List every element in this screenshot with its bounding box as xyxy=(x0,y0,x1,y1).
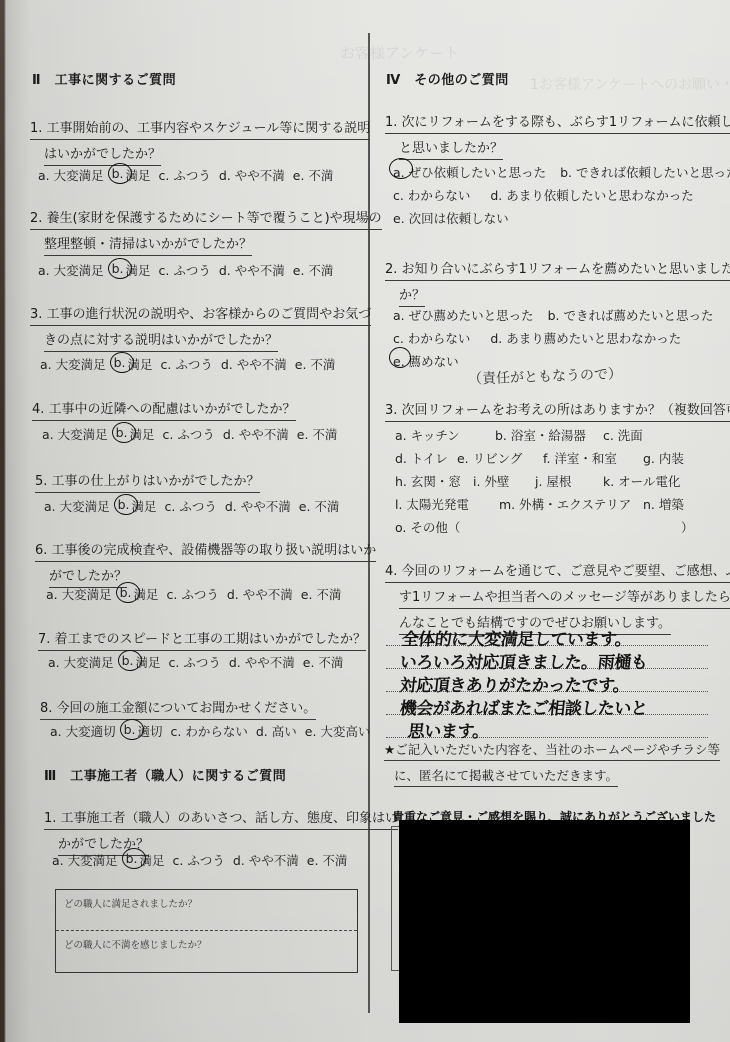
option-c[interactable]: c. ふつう xyxy=(167,585,219,603)
option-b-label: 満足 xyxy=(136,653,161,671)
option-d[interactable]: d. やや不満 xyxy=(221,355,287,373)
options-2-8: a. 大変適切 b. 適切 c. わからない d. 高い e. 大変高い xyxy=(50,722,370,740)
option-all-electric[interactable]: k. オール電化 xyxy=(603,470,680,493)
option-a[interactable]: a. 大変満足 xyxy=(48,653,114,671)
options-2-6: a. 大変満足 b. 満足 c. ふつう d. やや不満 e. 不満 xyxy=(46,585,341,603)
option-d[interactable]: d. やや不満 xyxy=(219,166,285,184)
option-b[interactable]: b. できれば薦めたいと思った xyxy=(548,304,714,327)
question-2-1: 1. 工事開始前の、工事内容やスケジュール等に関する説明 はいかがでしたか？ xyxy=(30,116,370,168)
options-2-5: a. 大変満足 b. 満足 c. ふつう d. やや不満 e. 不満 xyxy=(44,497,339,515)
option-e[interactable]: e. 不満 xyxy=(293,261,334,279)
option-c[interactable]: c. わからない xyxy=(393,184,470,207)
option-c[interactable]: c. ふつう xyxy=(165,497,217,515)
option-b-label: 満足 xyxy=(132,497,157,515)
question-2-3: 3. 工事の進行状況の説明や、お客様からのご質問やお気づ きの点に対する説明はい… xyxy=(30,302,371,354)
question-2-5: 5. 工事の仕上がりはいかがでしたか？ xyxy=(35,469,260,495)
option-a[interactable]: a. 大変満足 xyxy=(38,261,104,279)
option-d[interactable]: d. 高い xyxy=(256,722,297,740)
option-other-close: ） xyxy=(681,516,694,539)
options-4-3: a. キッチン b. 浴室・給湯器 c. 洗面 d. トイレ e. リビング f… xyxy=(395,424,694,539)
question-2-4: 4. 工事中の近隣への配慮はいかがでしたか？ xyxy=(32,397,296,423)
option-b-selected[interactable]: b. xyxy=(120,585,132,603)
options-2-7: a. 大変満足 b. 満足 c. ふつう d. やや不満 e. 不満 xyxy=(48,653,343,671)
option-e[interactable]: e. 不満 xyxy=(295,355,336,373)
option-d[interactable]: d. やや不満 xyxy=(225,497,291,515)
option-toilet[interactable]: d. トイレ xyxy=(395,447,453,470)
option-e[interactable]: e. 次回は依頼しない xyxy=(393,207,509,230)
ghost-text: 1お客様アンケートへのお願い・グレードアップ保証のご案内 xyxy=(530,74,730,94)
option-b-selected[interactable]: b. xyxy=(118,497,130,515)
section-2-title: Ⅱ 工事に関するご質問 xyxy=(32,69,176,88)
option-c[interactable]: c. わからない xyxy=(393,327,470,350)
option-c[interactable]: c. わからない xyxy=(171,722,248,740)
option-b-selected[interactable]: b. xyxy=(114,355,126,373)
option-extension[interactable]: n. 増築 xyxy=(643,493,684,516)
option-entrance-window[interactable]: h. 玄関・窓 xyxy=(395,470,469,493)
option-a[interactable]: a. 大変満足 xyxy=(44,497,110,515)
option-living[interactable]: e. リビング xyxy=(457,447,539,470)
option-b-label: 満足 xyxy=(130,425,155,443)
option-b-selected[interactable]: b. xyxy=(112,166,124,184)
option-d[interactable]: d. あまり薦めたいと思わなかった xyxy=(490,327,681,350)
option-d[interactable]: d. やや不満 xyxy=(227,585,293,603)
option-interior[interactable]: g. 内装 xyxy=(643,447,684,470)
question-4-1: 1. 次にリフォームをする際も、ぶらす1リフォームに依頼したい と思いましたか？ xyxy=(385,110,730,162)
option-b-selected[interactable]: b. xyxy=(112,261,124,279)
personal-info-frame xyxy=(391,826,399,971)
column-divider xyxy=(368,33,370,1013)
question-2-7: 7. 着工までのスピードと工事の工期はいかがでしたか？ xyxy=(38,627,366,653)
dissatisfied-craftsman-prompt: どの職人に不満を感じましたか？ xyxy=(64,940,207,951)
option-d[interactable]: d. やや不満 xyxy=(229,653,295,671)
options-4-1: a. ぜひ依頼したいと思った b. できれば依頼したいと思った c. わからない… xyxy=(393,161,730,230)
option-b-label: 満足 xyxy=(134,585,159,603)
satisfied-craftsman-prompt: どの職人に満足されましたか？ xyxy=(64,899,197,910)
options-2-4: a. 大変満足 b. 満足 c. ふつう d. やや不満 e. 不満 xyxy=(42,425,337,443)
question-4-3: 3. 次回リフォームをお考えの所はありますか？（複数回答可） xyxy=(385,398,730,424)
option-b-label: 満足 xyxy=(140,851,165,869)
option-e[interactable]: e. 不満 xyxy=(301,585,342,603)
question-2-2: 2. 養生(家財を保護するためにシート等で覆うこと)や現場の 整理整頓・清掃はい… xyxy=(30,206,382,258)
ghost-text: お客様アンケート xyxy=(340,42,459,63)
option-d[interactable]: d. やや不満 xyxy=(233,851,299,869)
option-washroom[interactable]: c. 洗面 xyxy=(603,424,643,447)
option-e-selected[interactable]: e. 薦めない xyxy=(393,350,459,373)
comment-line: 全体的に大変満足しています。 xyxy=(401,625,633,650)
option-b-label: 満足 xyxy=(126,261,151,279)
option-b-selected[interactable]: b. xyxy=(126,851,138,869)
option-a[interactable]: a. 大変満足 xyxy=(40,355,106,373)
option-c[interactable]: c. ふつう xyxy=(159,166,211,184)
option-e[interactable]: e. 不満 xyxy=(293,166,334,184)
option-b-selected[interactable]: b. xyxy=(116,425,128,443)
question-2-8: 8. 今回の施工金額についてお聞かせください。 xyxy=(40,696,316,722)
publication-notice: ★ご記入いただいた内容を、当社のホームページやチラシ等 に、匿名にて掲載させてい… xyxy=(384,737,720,789)
option-a[interactable]: a. 大変満足 xyxy=(38,166,104,184)
question-2-6: 6. 工事後の完成検査や、設備機器等の取り扱い説明はいか がでしたか？ xyxy=(35,538,376,590)
option-a[interactable]: a. ぜひ薦めたいと思った xyxy=(393,304,534,327)
comment-line: いろいろ対応頂きました。雨樋も xyxy=(399,648,649,673)
options-2-3: a. 大変満足 b. 満足 c. ふつう d. やや不満 e. 不満 xyxy=(40,355,335,373)
option-other[interactable]: o. その他（ xyxy=(395,516,677,539)
options-2-2: a. 大変満足 b. 満足 c. ふつう d. やや不満 e. 不満 xyxy=(38,261,333,279)
option-c[interactable]: c. ふつう xyxy=(163,425,215,443)
option-a[interactable]: a. 大変満足 xyxy=(46,585,112,603)
option-d[interactable]: d. あまり依頼したいと思わなかった xyxy=(490,184,693,207)
redacted-personal-info xyxy=(399,820,690,1023)
option-e[interactable]: e. 不満 xyxy=(299,497,340,515)
option-b-selected[interactable]: b. xyxy=(122,653,134,671)
options-4-2: a. ぜひ薦めたいと思った b. できれば薦めたいと思った c. わからない d… xyxy=(393,304,713,373)
option-a-selected[interactable]: a. ぜひ依頼したいと思った xyxy=(393,161,546,184)
option-e[interactable]: e. 不満 xyxy=(297,425,338,443)
section-3-title: Ⅲ 工事施工者（職人）に関するご質問 xyxy=(44,765,286,784)
option-e[interactable]: e. 大変高い xyxy=(305,722,371,740)
comment-line: 対応頂きありがたかったです。 xyxy=(399,671,631,696)
section-4-title: Ⅳ その他のご質問 xyxy=(386,69,509,88)
option-b-selected[interactable]: b. xyxy=(124,722,136,740)
option-roof[interactable]: j. 屋根 xyxy=(535,470,599,493)
option-exterior[interactable]: m. 外構・エクステリア xyxy=(499,493,639,516)
option-solar[interactable]: l. 太陽光発電 xyxy=(395,493,495,516)
option-exterior-wall[interactable]: i. 外壁 xyxy=(473,470,531,493)
satisfied-craftsman-field[interactable]: どの職人に満足されましたか？ xyxy=(56,890,357,931)
option-rooms[interactable]: f. 洋室・和室 xyxy=(543,447,639,470)
option-c[interactable]: c. ふつう xyxy=(169,653,221,671)
dissatisfied-craftsman-field[interactable]: どの職人に不満を感じましたか？ xyxy=(56,931,357,972)
options-2-1: a. 大変満足 b. 満足 c. ふつう d. やや不満 e. 不満 xyxy=(38,166,333,184)
option-b-label: 満足 xyxy=(126,166,151,184)
option-c[interactable]: c. ふつう xyxy=(161,355,213,373)
option-a[interactable]: a. 大変満足 xyxy=(52,851,118,869)
option-d[interactable]: d. やや不満 xyxy=(223,425,289,443)
option-bath[interactable]: b. 浴室・給湯器 xyxy=(495,424,599,447)
options-3-1: a. 大変満足 b. 満足 c. ふつう d. やや不満 e. 不満 xyxy=(52,851,347,869)
option-a[interactable]: a. 大変満足 xyxy=(42,425,108,443)
option-c[interactable]: c. ふつう xyxy=(173,851,225,869)
option-b-label: 適切 xyxy=(138,722,163,740)
option-kitchen[interactable]: a. キッチン xyxy=(395,424,491,447)
option-e[interactable]: e. 不満 xyxy=(307,851,348,869)
option-a[interactable]: a. 大変適切 xyxy=(50,722,116,740)
comment-line: 機会があればまたご相談したいと xyxy=(399,694,649,719)
option-e[interactable]: e. 不満 xyxy=(303,653,344,671)
craftsman-feedback-box: どの職人に満足されましたか？ どの職人に不満を感じましたか？ xyxy=(55,889,358,973)
question-4-2: 2. お知り合いにぶらす1リフォームを薦めたいと思いました か？ xyxy=(385,257,730,309)
option-d[interactable]: d. やや不満 xyxy=(219,261,285,279)
option-b-label: 満足 xyxy=(128,355,153,373)
option-b[interactable]: b. できれば依頼したいと思った xyxy=(560,161,730,184)
option-c[interactable]: c. ふつう xyxy=(159,261,211,279)
